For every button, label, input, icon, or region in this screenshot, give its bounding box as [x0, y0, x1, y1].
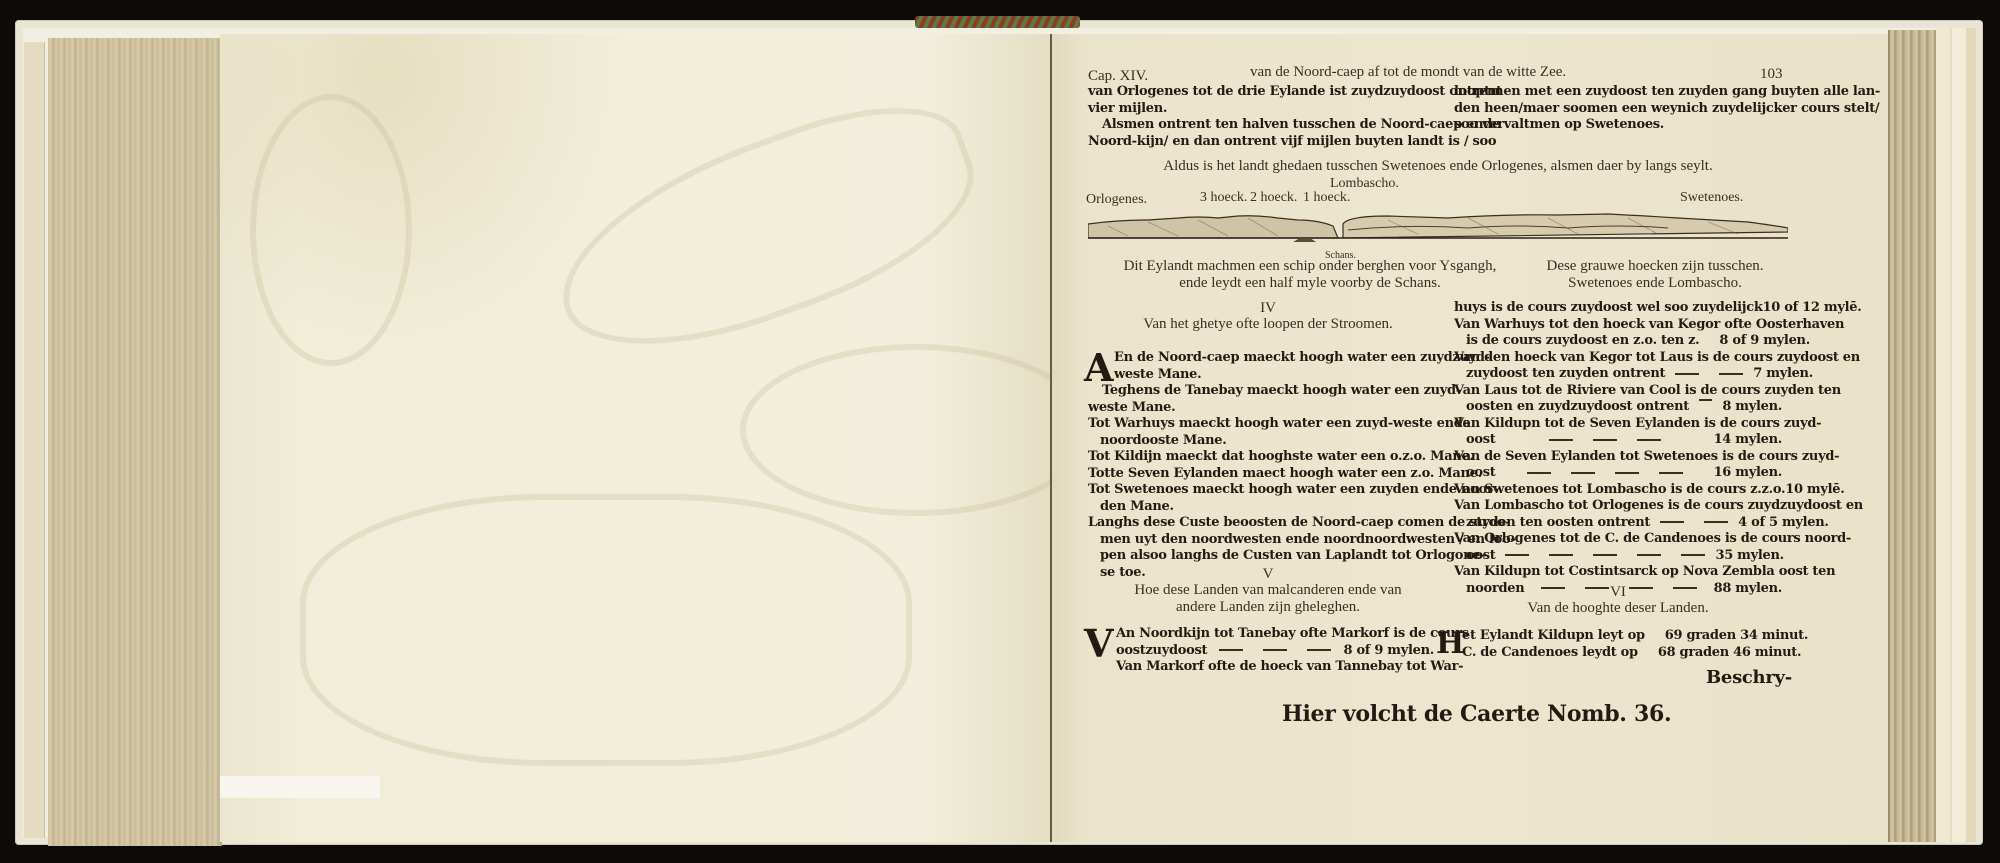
headband [915, 16, 1080, 28]
text-line: weste Mane. [1088, 400, 1515, 417]
text-line: men uyt den noordwesten ende noordnoordw… [1088, 532, 1515, 549]
left-fore-edge [48, 38, 222, 846]
page-number: 103 [1760, 66, 1783, 83]
section-v-heading: Hoe dese Landen van malcanderen ende van [1088, 582, 1448, 599]
text-line: den Mane. [1088, 499, 1515, 516]
section-iv-heading: Van het ghetye ofte loopen der Stroomen. [1088, 316, 1448, 333]
course-row: Van den hoeck van Kegor tot Laus is de c… [1454, 350, 1782, 367]
map-show-through [250, 94, 412, 366]
course-list: huys is de cours zuydoost wel soo zuydel… [1454, 300, 1782, 597]
section-vi-heading: Van de hooghte deser Landen. [1454, 600, 1782, 617]
text-line: En de Noord-caep maeckt hoogh water een … [1088, 350, 1515, 367]
note-line: ende leydt een half myle voorby de Schan… [1100, 275, 1520, 292]
right-endpaper [1936, 28, 1976, 842]
course-row: Van Swetenoes tot Lombascho is de cours … [1454, 482, 1782, 499]
note-line: Dese grauwe hoecken zijn tusschen. [1530, 258, 1780, 275]
map-reference-note: Hier volcht de Caerte Nomb. 36. [1282, 702, 1671, 726]
course-row: Van Laus tot de Riviere van Cool is de c… [1454, 383, 1782, 400]
course-row: Van Kildupn tot de Seven Eylanden is de … [1454, 416, 1782, 433]
left-endpaper [24, 42, 45, 838]
course-row: Van Lombascho tot Orlogenes is de cours … [1454, 498, 1782, 515]
paper-repair [220, 776, 380, 798]
text-line: Teghens de Tanebay maeckt hoogh water ee… [1088, 383, 1515, 400]
text-line: Tot Swetenoes maeckt hoogh water een zuy… [1088, 482, 1515, 499]
text-line: Langhs dese Custe beoosten de Noord-caep… [1088, 515, 1515, 532]
course-row: oost16 mylen. [1454, 465, 1782, 482]
distance-row: oostzuydoost 8 of 9 mylen. [1116, 643, 1434, 660]
text-line: den heen/maer soomen een weynich zuydeli… [1454, 101, 1880, 118]
latitude-row: C. de Candenoes leydt op68 graden 46 min… [1462, 645, 1782, 662]
right-fore-edge [1888, 30, 1938, 842]
left-page [220, 34, 1050, 842]
dropcap-h: H [1436, 626, 1464, 662]
map-show-through [300, 494, 912, 766]
text-line: pen alsoo langhs de Custen van Laplandt … [1088, 548, 1515, 565]
course-row: zuyden ten oosten ontrent4 of 5 mylen. [1454, 515, 1782, 532]
coastal-caption: Aldus is het landt ghedaen tusschen Swet… [1088, 158, 1788, 175]
text-line: soo vervaltmen op Swetenoes. [1454, 117, 1880, 134]
course-row: oosten en zuydzuydoost ontrent8 mylen. [1454, 399, 1782, 416]
text-line: Noord-kijn/ en dan ontrent vijf mijlen b… [1088, 134, 1502, 151]
map-show-through [534, 75, 999, 384]
note-line: Dit Eylandt machmen een schip onder berg… [1100, 258, 1520, 275]
label-2-hoeck: 2 hoeck. [1250, 190, 1297, 207]
label-swetenoes: Swetenoes. [1680, 190, 1743, 207]
section-iv-number: IV [1088, 300, 1448, 317]
latitude-row: et Eylandt Kildupn leyt op69 graden 34 m… [1462, 628, 1782, 645]
course-row: oost35 mylen. [1454, 548, 1782, 565]
course-row: huys is de cours zuydoost wel soo zuydel… [1454, 300, 1782, 317]
course-text: oostzuydoost [1116, 643, 1207, 660]
course-row: Van Warhuys tot den hoeck van Kegor ofte… [1454, 317, 1782, 334]
text-line: van Orlogenes tot de drie Eylande ist zu… [1088, 84, 1502, 101]
section-v-number: V [1088, 566, 1448, 583]
running-title: van de Noord-caep af tot de mondt van de… [1250, 64, 1566, 81]
course-row: oost14 mylen. [1454, 432, 1782, 449]
course-row: is de cours zuydoost en z.o. ten z.8 of … [1454, 333, 1782, 350]
section-v-heading: andere Landen zijn gheleghen. [1088, 599, 1448, 616]
chapter-label: Cap. XIV. [1088, 68, 1148, 85]
catchword: Beschry- [1706, 670, 1792, 687]
note-line: Swetenoes ende Lombascho. [1530, 275, 1780, 292]
course-row: zuydoost ten zuyden ontrent7 mylen. [1454, 366, 1782, 383]
label-3-hoeck: 3 hoeck. [1200, 190, 1247, 207]
label-orlogenes: Orlogenes. [1086, 192, 1147, 209]
text-line: An Noordkijn tot Tanebay ofte Markorf is… [1116, 626, 1434, 643]
course-row: Van Orlogenes tot de C. de Candenoes is … [1454, 531, 1782, 548]
dropcap-v: V [1084, 626, 1113, 662]
text-line: Van Markorf ofte de hoeck van Tannebay t… [1116, 659, 1434, 676]
text-line: Tot Warhuys maeckt hoogh water een zuyd-… [1088, 416, 1515, 433]
distance-value: 8 of 9 mylen. [1343, 643, 1434, 660]
text-line: Alsmen ontrent ten halven tusschen de No… [1088, 117, 1502, 134]
text-line: Totte Seven Eylanden maect hoogh water e… [1088, 466, 1515, 483]
course-row: Van de Seven Eylanden tot Swetenoes is d… [1454, 449, 1782, 466]
text-line: noordooste Mane. [1088, 433, 1515, 450]
section-vi-number: VI [1454, 584, 1782, 601]
course-row: Van Kildupn tot Costintsarck op Nova Zem… [1454, 564, 1782, 581]
text-line: looptmen met een zuydoost ten zuyden gan… [1454, 84, 1880, 101]
text-line: weste Mane. [1088, 367, 1515, 384]
text-line: vier mijlen. [1088, 101, 1502, 118]
coastal-profile-illustration [1088, 212, 1788, 248]
text-line: Tot Kildijn maeckt dat hooghste water ee… [1088, 449, 1515, 466]
label-1-hoeck: 1 hoeck. [1303, 190, 1350, 207]
map-show-through [740, 344, 1092, 516]
